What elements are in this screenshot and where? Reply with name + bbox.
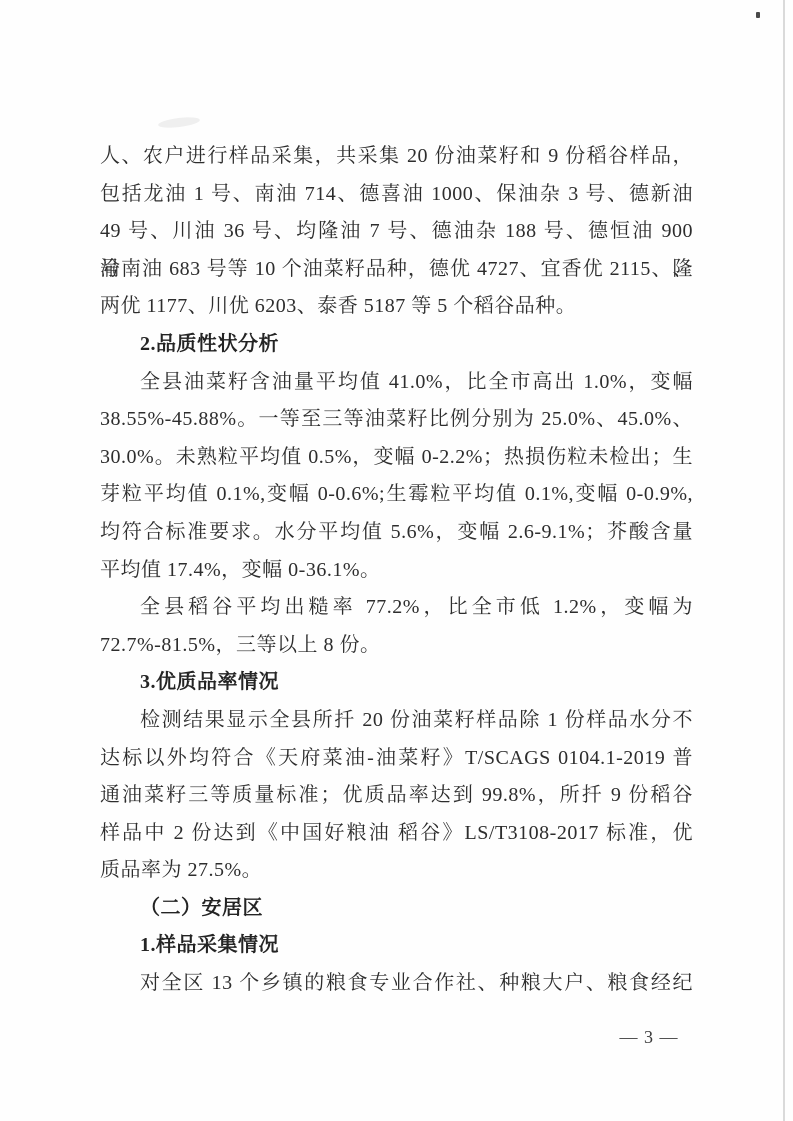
body-line: 平均值 17.4%，变幅 0-36.1%。 [100,552,693,590]
body-line: 对全区 13 个乡镇的粮食专业合作社、种粮大户、粮食经纪 [100,965,693,1003]
body-line: 30.0%。未熟粒平均值 0.5%，变幅 0-2.2%；热损伤粒未检出；生 [100,439,693,477]
subsection-heading: 1.样品采集情况 [100,927,693,965]
section-heading: （二）安居区 [100,890,693,928]
body-line: 38.55%-45.88%。一等至三等油菜籽比例分别为 25.0%、45.0%、 [100,401,693,439]
body-line: 质品率为 27.5%。 [100,852,693,890]
scanned-document-page: 人、农户进行样品采集，共采集 20 份油菜籽和 9 份稻谷样品， 包括龙油 1 … [0,0,793,1121]
body-line: 均符合标准要求。水分平均值 5.6%，变幅 2.6-9.1%；芥酸含量 [100,514,693,552]
page-number: — 3 — [596,1026,702,1048]
body-line: 芽粒平均值 0.1%,变幅 0-0.6%;生霉粒平均值 0.1%,变幅 0-0.… [100,476,693,514]
body-line: 49 号、川油 36 号、均隆油 7 号、德油杂 188 号、德恒油 900 号… [100,213,693,251]
subsection-heading: 2.品质性状分析 [100,326,693,364]
body-line: 样品中 2 份达到《中国好粮油 稻谷》LS/T3108-2017 标准，优 [100,815,693,853]
body-line: 通油菜籽三等质量标准；优质品率达到 99.8%，所扦 9 份稻谷 [100,777,693,815]
body-line: 检测结果显示全县所扦 20 份油菜籽样品除 1 份样品水分不 [100,702,693,740]
body-line: 人、农户进行样品采集，共采集 20 份油菜籽和 9 份稻谷样品， [100,138,693,176]
body-line: 达标以外均符合《天府菜油-油菜籽》T/SCAGS 0104.1-2019 普 [100,740,693,778]
body-line: 渝南油 683 号等 10 个油菜籽品种，德优 4727、宜香优 2115、隆 [100,251,693,289]
document-body: 人、农户进行样品采集，共采集 20 份油菜籽和 9 份稻谷样品， 包括龙油 1 … [100,138,693,1003]
body-line: 全县稻谷平均出糙率 77.2%，比全市低 1.2%，变幅为 [100,589,693,627]
body-line: 包括龙油 1 号、南油 714、德喜油 1000、保油杂 3 号、德新油 [100,176,693,214]
body-line: 全县油菜籽含油量平均值 41.0%，比全市高出 1.0%，变幅 [100,364,693,402]
body-line: 两优 1177、川优 6203、泰香 5187 等 5 个稻谷品种。 [100,288,693,326]
subsection-heading: 3.优质品率情况 [100,664,693,702]
scan-speck-artifact [756,12,760,18]
body-line: 72.7%-81.5%，三等以上 8 份。 [100,627,693,665]
scan-edge-line [783,0,785,1121]
scan-smudge-artifact [158,115,201,129]
